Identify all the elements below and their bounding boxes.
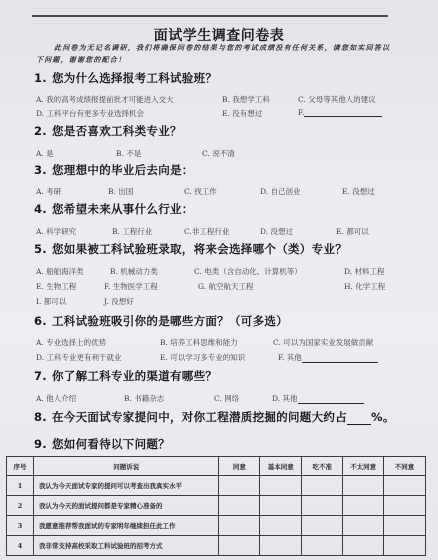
fill-in-blank[interactable] (302, 355, 378, 363)
cell-disagree[interactable] (384, 516, 426, 536)
row-statement: 我愿意推荐帮我面试的专家明年继续担任此工作 (33, 516, 219, 536)
q2-option-c[interactable]: C. 说不清 (202, 148, 235, 159)
row-index: 4 (7, 536, 34, 556)
question-4: 4.您希望未来从事什么行业： (34, 201, 194, 217)
q2-option-b[interactable]: B. 不是 (116, 148, 141, 159)
question-number: 5. (34, 242, 52, 256)
q7-option-a[interactable]: A. 他人介绍 (36, 393, 76, 404)
q4-option-e[interactable]: E. 都可以 (336, 226, 369, 237)
fill-in-blank[interactable] (304, 109, 382, 117)
header-index: 序号 (7, 457, 34, 476)
row-statement: 我认为今天的面试提问都是专家精心准备的 (33, 496, 219, 516)
header-agree: 同意 (219, 457, 260, 476)
question-text: 您如何看待以下问题？ (52, 437, 170, 451)
q6-option-f[interactable]: F. 其他 (278, 352, 378, 363)
q6-option-d[interactable]: D. 工科专业更有利于就业 (36, 352, 122, 363)
q5-option-g[interactable]: G. 航空航天工程 (198, 281, 254, 292)
percent-blank[interactable] (347, 414, 371, 425)
q3-option-e[interactable]: E. 没想过 (342, 186, 375, 197)
intro-paragraph: 此问卷为无记名调研，我们将确保问卷的结果与您的考试成绩没有任何关系，请您如实回答… (36, 42, 396, 66)
row-statement: 我认为今天面试专家的提问可以考查出我真实水平 (33, 476, 219, 496)
header-statement: 问题诉说 (33, 457, 219, 476)
header-disagree: 不同意 (384, 457, 426, 476)
q1-option-a[interactable]: A. 我的高考成绩报提前批才可能进入交大 (36, 94, 174, 105)
header-mostly-agree: 基本同意 (260, 457, 302, 476)
question-number: 9. (34, 437, 52, 451)
q5-option-c[interactable]: C. 电类（含自动化、计算机等） (194, 266, 302, 277)
option-label: D. 其他 (272, 394, 298, 403)
cell-agree[interactable] (219, 496, 260, 516)
question-number: 4. (34, 202, 52, 216)
fill-in-blank[interactable] (298, 396, 364, 404)
q7-option-c[interactable]: C. 网络 (214, 393, 239, 404)
q6-option-e[interactable]: E. 可以学习多专业的知识 (160, 352, 245, 363)
cell-unsure[interactable] (302, 496, 343, 516)
q5-option-b[interactable]: B. 机械动力类 (110, 266, 158, 277)
cell-disagree[interactable] (384, 496, 426, 516)
q4-option-a[interactable]: A. 科学研究 (36, 226, 76, 237)
q3-option-d[interactable]: D. 自己创业 (260, 186, 301, 197)
question-9: 9.您如何看待以下问题？ (34, 436, 170, 452)
cell-unsure[interactable] (302, 536, 343, 556)
question-8: 8.在今天面试专家提问中，对你工程潜质挖掘的问题大约占%。 (34, 409, 395, 425)
question-number: 2. (34, 124, 52, 138)
q4-option-c[interactable]: C.非工程行业 (184, 226, 229, 237)
q1-option-c[interactable]: C. 父母等其他人的建议 (298, 94, 376, 105)
row-index: 3 (7, 516, 34, 536)
cell-disagree[interactable] (384, 536, 426, 556)
question-number: 1. (34, 71, 52, 85)
cell-unsure[interactable] (302, 476, 343, 496)
q1-option-d[interactable]: D. 工科平台有更多专业选择机会 (36, 108, 144, 119)
q1-option-f[interactable]: F. (298, 108, 382, 117)
table-header-row: 序号 问题诉说 同意 基本同意 吃不准 不太同意 不同意 (7, 457, 426, 476)
header-unsure: 吃不准 (302, 457, 343, 476)
cell-disagree[interactable] (384, 476, 426, 496)
row-index: 2 (7, 496, 34, 516)
cell-agree[interactable] (219, 536, 260, 556)
cell-mostly-disagree[interactable] (343, 536, 384, 556)
cell-mostly-disagree[interactable] (343, 496, 384, 516)
q5-option-f[interactable]: F. 生物医学工程 (104, 281, 158, 292)
question-3: 3.您理想中的毕业后去向是： (34, 162, 194, 178)
q2-option-a[interactable]: A. 是 (36, 148, 54, 159)
q6-option-a[interactable]: A. 专业选择上的优势 (36, 337, 106, 348)
question-text: 您如果被工科试验班录取，将来会选择哪个（类）专业？ (52, 242, 347, 256)
opinion-table: 序号 问题诉说 同意 基本同意 吃不准 不太同意 不同意 1 我认为今天面试专家… (6, 456, 426, 556)
cell-mostly-disagree[interactable] (343, 476, 384, 496)
row-statement: 我非常支持高校采取工科试验班的招考方式 (33, 536, 219, 556)
q5-option-i[interactable]: I. 都可以 (36, 296, 66, 307)
question-5: 5.您如果被工科试验班录取，将来会选择哪个（类）专业？ (34, 241, 347, 257)
cell-agree[interactable] (219, 516, 260, 536)
table-row: 1 我认为今天面试专家的提问可以考查出我真实水平 (7, 476, 426, 496)
cell-unsure[interactable] (302, 516, 343, 536)
q7-option-b[interactable]: B. 书籍杂志 (124, 393, 164, 404)
table-row: 4 我非常支持高校采取工科试验班的招考方式 (7, 536, 426, 556)
cell-mostly-disagree[interactable] (343, 516, 384, 536)
question-1: 1.您为什么选择报考工科试验班？ (34, 70, 217, 86)
q3-option-a[interactable]: A. 考研 (36, 186, 61, 197)
question-text: 您希望未来从事什么行业： (52, 202, 194, 216)
q1-option-b[interactable]: B. 我想学工科 (222, 94, 270, 105)
question-2: 2.您是否喜欢工科类专业？ (34, 123, 182, 139)
question-7: 7.你了解工科专业的渠道有哪些？ (34, 368, 217, 384)
cell-mostly-agree[interactable] (260, 476, 302, 496)
percent-suffix: %。 (371, 410, 395, 424)
question-number: 7. (34, 369, 52, 383)
table-row: 3 我愿意推荐帮我面试的专家明年继续担任此工作 (7, 516, 426, 536)
q4-option-d[interactable]: D. 没想过 (260, 226, 293, 237)
row-index: 1 (7, 476, 34, 496)
q3-option-c[interactable]: C. 找工作 (184, 186, 217, 197)
q5-option-j[interactable]: J. 没想好 (104, 296, 134, 307)
q5-option-e[interactable]: E. 生物工程 (36, 281, 76, 292)
question-text: 在今天面试专家提问中，对你工程潜质挖掘的问题大约占 (52, 410, 347, 424)
q7-option-d[interactable]: D. 其他 (272, 393, 364, 404)
question-text: 您是否喜欢工科类专业？ (52, 124, 182, 138)
q5-option-h[interactable]: H. 化学工程 (344, 281, 385, 292)
question-number: 3. (34, 163, 52, 177)
question-text: 您为什么选择报考工科试验班？ (52, 71, 217, 85)
question-number: 8. (34, 410, 52, 424)
cell-mostly-agree[interactable] (260, 516, 302, 536)
question-text: 您理想中的毕业后去向是： (52, 163, 194, 177)
q4-option-b[interactable]: B. 工程行业 (112, 226, 152, 237)
q6-option-b[interactable]: B. 培养工科思维和能力 (160, 337, 238, 348)
q3-option-b[interactable]: B. 出国 (108, 186, 133, 197)
question-text: 你了解工科专业的渠道有哪些？ (52, 369, 217, 383)
question-number: 6. (34, 314, 52, 328)
header-mostly-disagree: 不太同意 (343, 457, 384, 476)
q5-option-a[interactable]: A. 船舶海洋类 (36, 266, 84, 277)
q5-option-d[interactable]: D. 材料工程 (344, 266, 385, 277)
table-row: 2 我认为今天的面试提问都是专家精心准备的 (7, 496, 426, 516)
question-6: 6.工科试验班吸引你的是哪些方面？（可多选） (34, 313, 288, 329)
q6-option-c[interactable]: C. 可以为国家实业发展做贡献 (273, 337, 373, 348)
option-label: F. 其他 (278, 353, 302, 362)
cell-mostly-agree[interactable] (260, 536, 302, 556)
cell-agree[interactable] (219, 476, 260, 496)
question-text: 工科试验班吸引你的是哪些方面？（可多选） (52, 314, 288, 328)
q1-option-e[interactable]: E. 没有想过 (222, 108, 262, 119)
top-rule (32, 15, 388, 17)
cell-mostly-agree[interactable] (260, 496, 302, 516)
